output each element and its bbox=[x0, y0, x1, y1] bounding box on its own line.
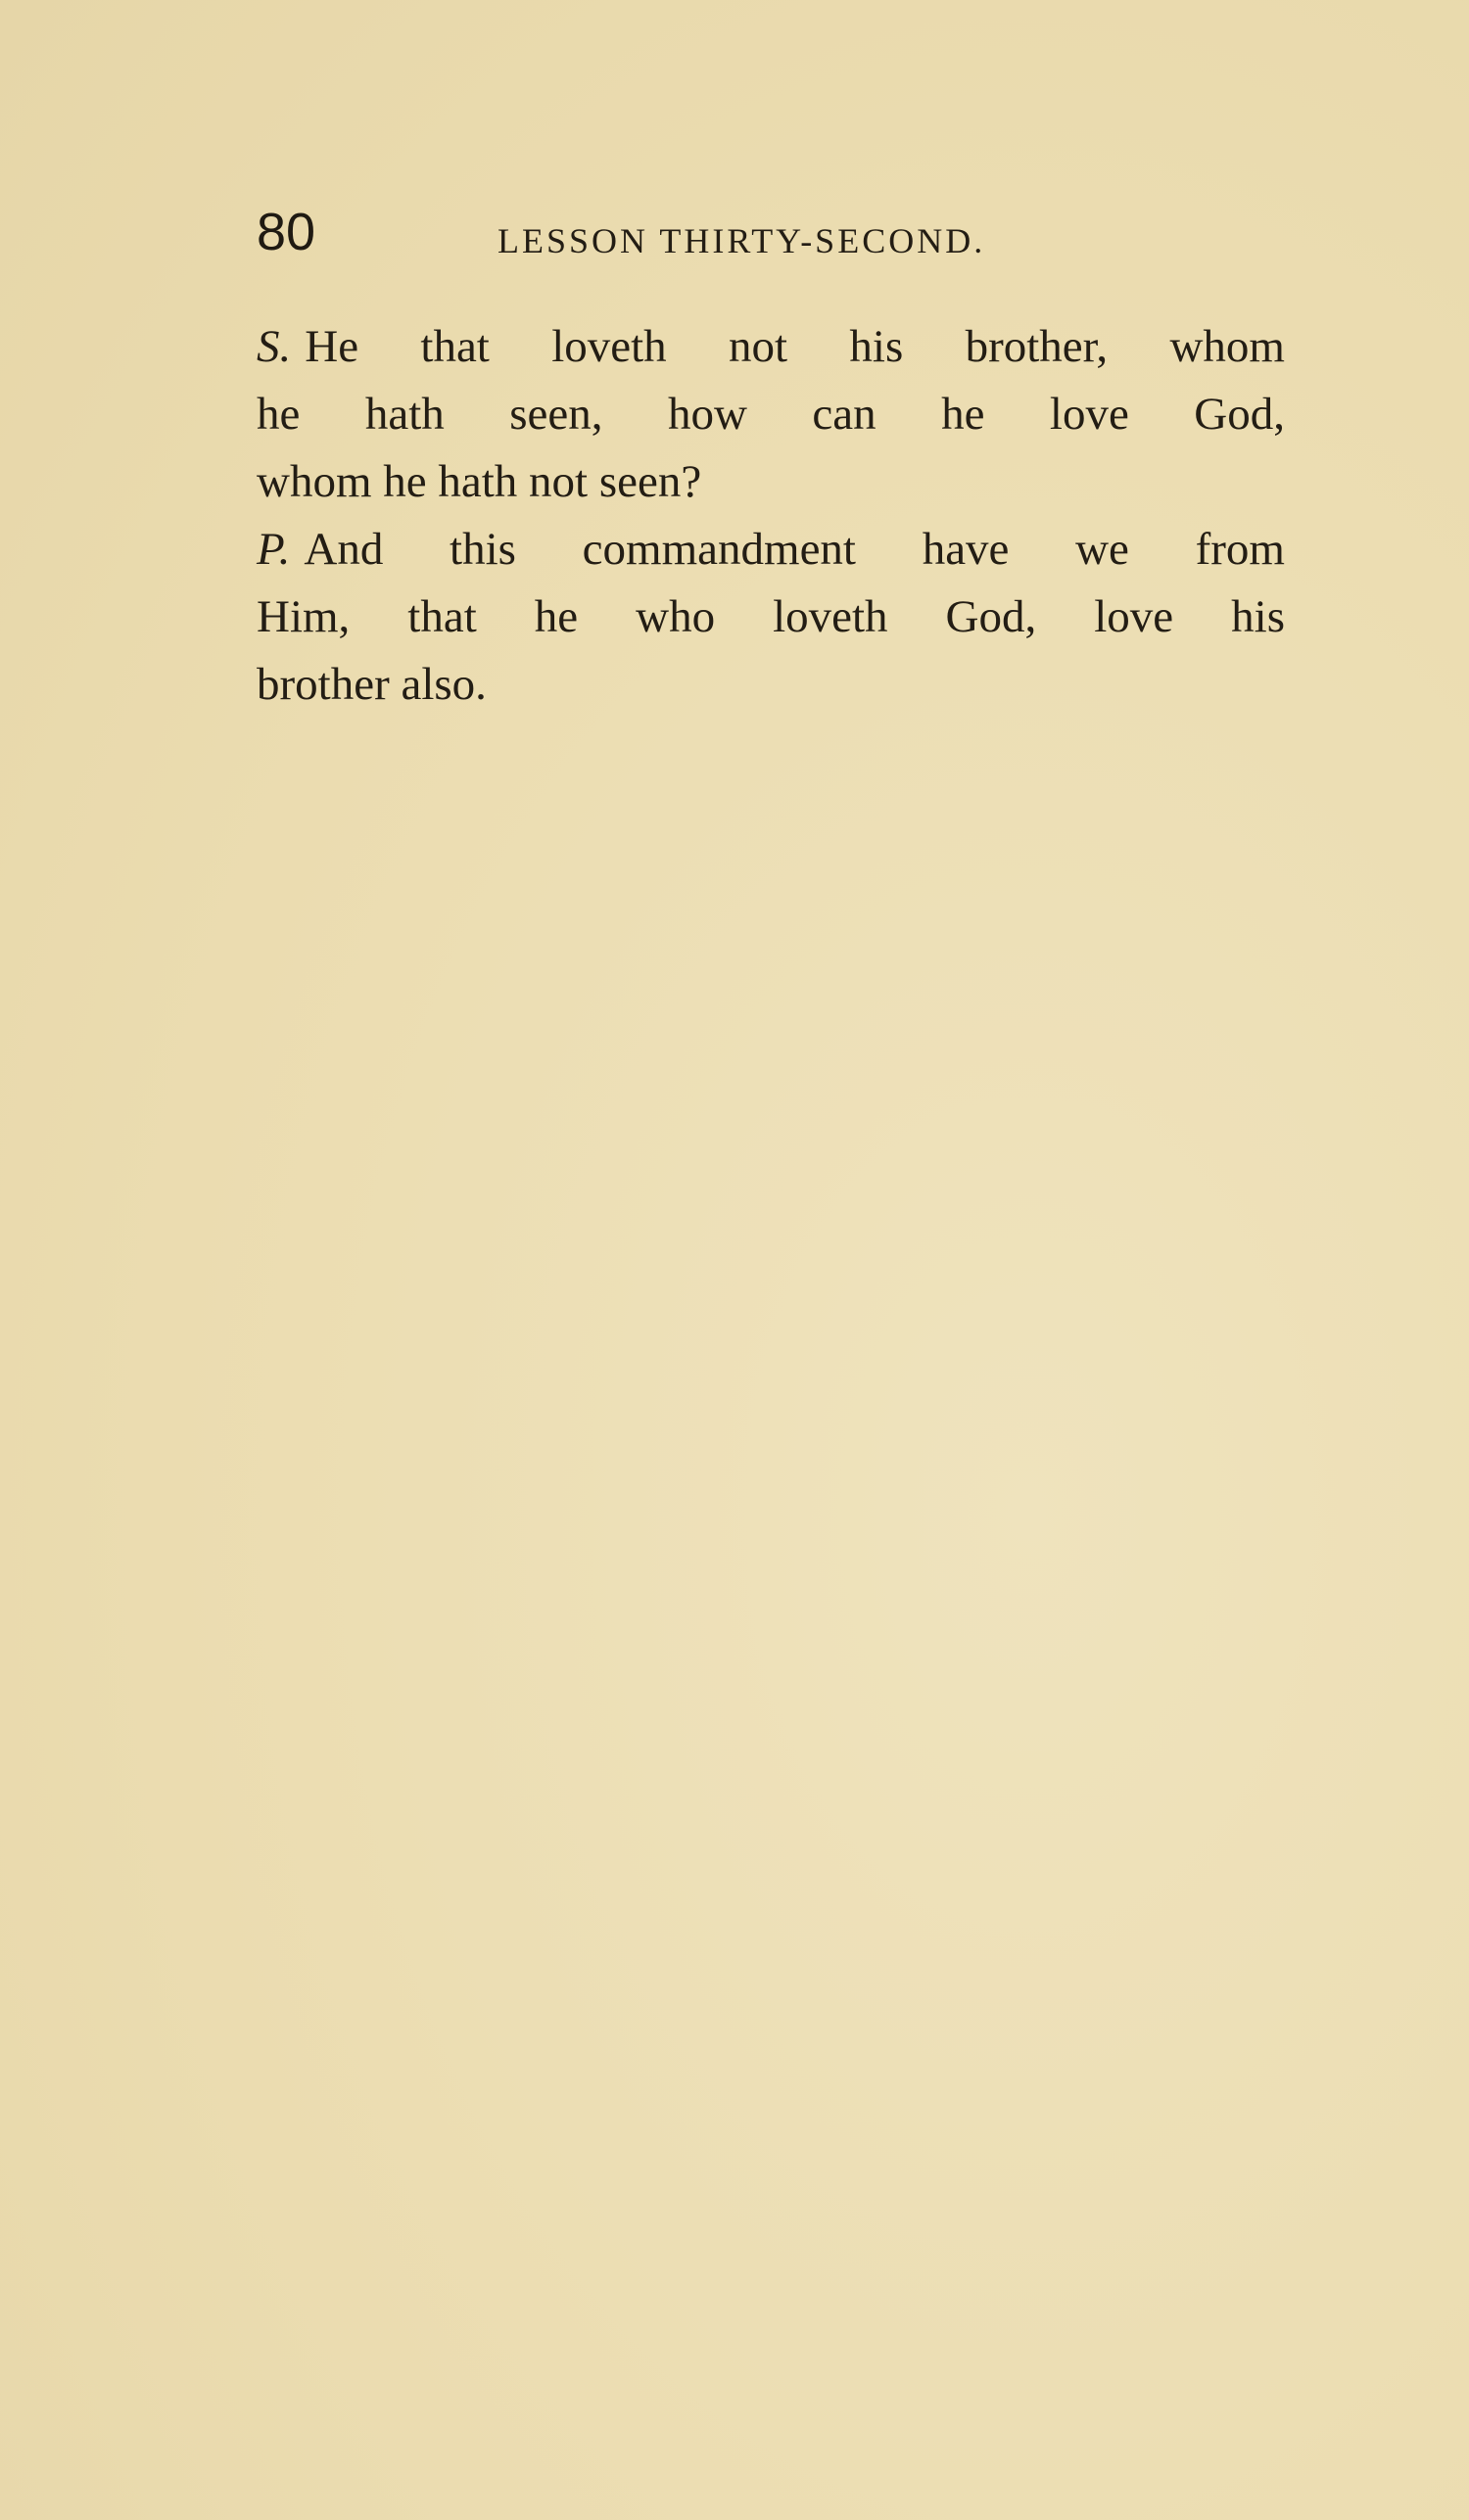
page-header: 80 LESSON THIRTY-SECOND. bbox=[257, 201, 1060, 269]
text-line: Him, that he who loveth God, love his bbox=[306, 583, 1285, 651]
text-line: whom he hath not seen? bbox=[306, 448, 1285, 516]
running-title: LESSON THIRTY-SECOND. bbox=[498, 220, 985, 261]
text-line: brother also. bbox=[306, 651, 1285, 719]
speaker-label: S. bbox=[257, 321, 291, 372]
dialogue-entry-p: P.And this commandment have we from Him,… bbox=[257, 516, 1285, 719]
page-body: S.He that loveth not his brother, whom h… bbox=[257, 313, 1285, 719]
dialogue-entry-s: S.He that loveth not his brother, whom h… bbox=[257, 313, 1285, 516]
page-number: 80 bbox=[257, 201, 315, 263]
text-line: he hath seen, how can he love God, bbox=[306, 381, 1285, 448]
text-line: He that loveth not his brother, whom bbox=[305, 321, 1285, 372]
speaker-label: P. bbox=[257, 524, 290, 575]
text-line: And this commandment have we from bbox=[304, 524, 1285, 575]
